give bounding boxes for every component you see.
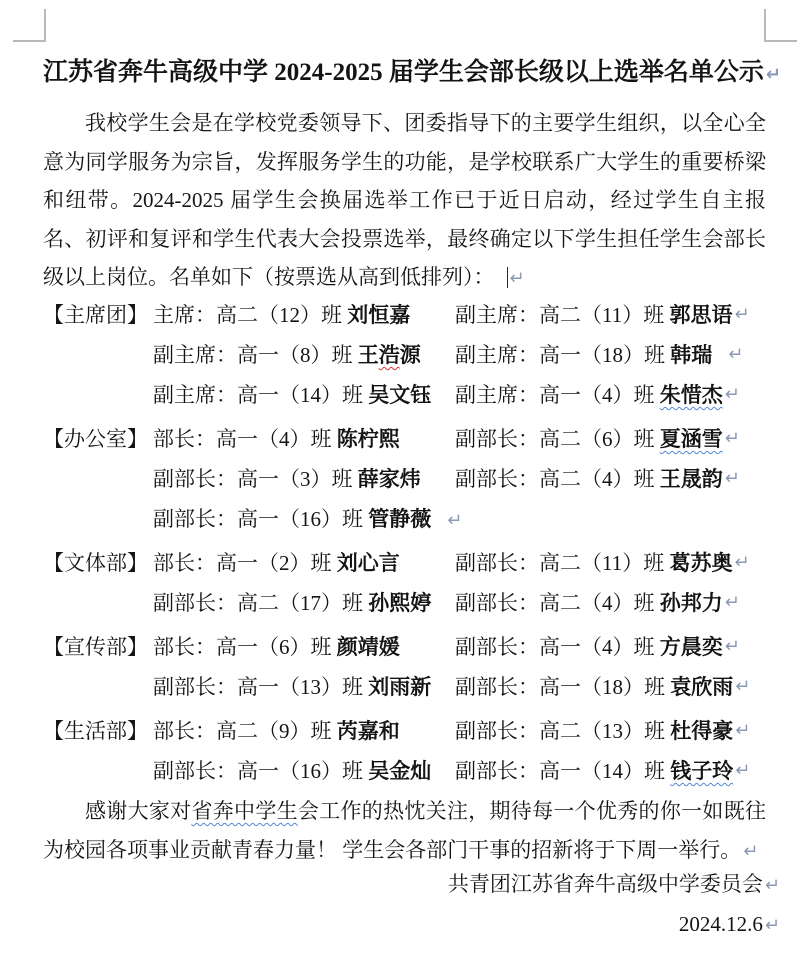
- right-entry: 副部长：高二（13）班 杜得豪: [455, 715, 733, 745]
- left-entry: 部长：高一（6）班 颜靖媛: [153, 631, 455, 661]
- right-entry: 副部长：高二（4）班 孙邦力: [455, 587, 723, 617]
- class-label: 高二（13）班: [539, 719, 670, 743]
- intro-paragraph: 我校学生会是在学校党委领导下、团委指导下的主要学生组织，以全心全意为同学服务为宗…: [43, 104, 766, 299]
- class-label: 高一（18）班: [539, 343, 670, 367]
- right-entry: 副主席：高一（4）班 朱惜杰: [455, 379, 723, 409]
- role-label: 副主席：: [455, 383, 539, 407]
- role-label: 副主席：: [455, 303, 539, 327]
- signature-line: 共青团江苏省奔牛高级中学委员会↵: [43, 868, 780, 898]
- left-entry: 副部长：高一（13）班 刘雨新: [153, 671, 455, 701]
- signature-text: 共青团江苏省奔牛高级中学委员会: [448, 872, 763, 896]
- roster-row: 副部长：高一（16）班 吴金灿 副部长：高一（14）班 钱子玲 ↵: [43, 750, 783, 790]
- left-entry: 副部长：高一（16）班 管静薇↵: [153, 503, 455, 533]
- role-label: 部长：: [153, 635, 216, 659]
- student-name: 方晨奕: [660, 635, 723, 659]
- roster-section-life: 【生活部】 部长：高二（9）班 芮嘉和 副部长：高二（13）班 杜得豪 ↵ 副部…: [43, 710, 783, 790]
- role-label: 副部长：: [153, 675, 237, 699]
- role-label: 副部长：: [455, 591, 539, 615]
- left-entry: 副部长：高二（17）班 孙熙婷: [153, 587, 455, 617]
- document-page: 江苏省奔牛高级中学 2024-2025 届学生会部长级以上选举名单公示↵ 我校学…: [0, 0, 800, 963]
- left-entry: 主席：高二（12）班 刘恒嘉: [153, 299, 455, 329]
- text-cursor: [507, 267, 508, 288]
- return-mark: ↵: [735, 760, 750, 781]
- role-label: 副部长：: [455, 427, 539, 451]
- roster-row: 副部长：高一（16）班 管静薇↵: [43, 498, 783, 538]
- role-label: 副部长：: [153, 591, 237, 615]
- role-label: 副部长：: [455, 635, 539, 659]
- text-boundary-crop-mark-top-left: [13, 9, 46, 42]
- return-mark: ↵: [743, 841, 758, 862]
- student-name: 葛苏奥: [669, 551, 732, 575]
- roster: 【主席团】 主席：高二（12）班 刘恒嘉 副主席：高二（11）班 郭思语 ↵ 副…: [43, 294, 783, 794]
- class-label: 高一（13）班: [237, 675, 368, 699]
- return-mark: ↵: [735, 720, 750, 741]
- roster-row: 【主席团】 主席：高二（12）班 刘恒嘉 副主席：高二（11）班 郭思语 ↵: [43, 294, 783, 334]
- intro-text: 我校学生会是在学校党委领导下、团委指导下的主要学生组织，以全心全意为同学服务为宗…: [43, 111, 766, 289]
- student-name: 颜靖媛: [337, 635, 400, 659]
- return-mark: ↵: [725, 384, 740, 405]
- class-label: 高一（2）班: [216, 551, 337, 575]
- class-label: 高一（4）班: [539, 635, 660, 659]
- roster-section-culture-sports: 【文体部】 部长：高一（2）班 刘心言 副部长：高二（11）班 葛苏奥 ↵ 副部…: [43, 542, 783, 622]
- student-name: 杜得豪: [670, 719, 733, 743]
- left-entry: 部长：高一（4）班 陈柠熙: [153, 423, 455, 453]
- return-mark: ↵: [765, 915, 780, 936]
- section-label: 【生活部】: [43, 715, 153, 745]
- left-entry: 部长：高二（9）班 芮嘉和: [153, 715, 455, 745]
- roster-row: 副部长：高一（13）班 刘雨新 副部长：高一（18）班 袁欣雨 ↵: [43, 666, 783, 706]
- name-part-spell-flagged: 浩: [379, 343, 400, 367]
- return-mark: ↵: [734, 304, 749, 325]
- student-name: 袁欣雨: [670, 675, 733, 699]
- role-label: 副部长：: [153, 759, 237, 783]
- roster-row: 【文体部】 部长：高一（2）班 刘心言 副部长：高二（11）班 葛苏奥 ↵: [43, 542, 783, 582]
- roster-row: 【宣传部】 部长：高一（6）班 颜靖媛 副部长：高一（4）班 方晨奕 ↵: [43, 626, 783, 666]
- return-mark: ↵: [734, 552, 749, 573]
- class-label: 高一（16）班: [237, 507, 368, 531]
- class-label: 高一（16）班: [237, 759, 368, 783]
- class-label: 高二（11）班: [539, 551, 669, 575]
- section-label: 【宣传部】: [43, 631, 153, 661]
- class-label: 高一（3）班: [237, 467, 358, 491]
- role-label: 副部长：: [455, 467, 539, 491]
- roster-row: 副主席：高一（14）班 吴文钰 副主席：高一（4）班 朱惜杰 ↵: [43, 374, 783, 414]
- class-label: 高一（18）班: [539, 675, 670, 699]
- right-entry: 副部长：高二（4）班 王晟韵: [455, 463, 723, 493]
- return-mark: ↵: [728, 344, 743, 365]
- class-label: 高一（14）班: [237, 383, 368, 407]
- class-label: 高一（4）班: [216, 427, 337, 451]
- left-entry: 副部长：高一（3）班 薛家炜: [153, 463, 455, 493]
- section-label: 【文体部】: [43, 547, 153, 577]
- student-name: 刘雨新: [368, 675, 431, 699]
- closing-text-pre: 感谢大家对: [85, 799, 191, 823]
- role-label: 副部长：: [153, 467, 237, 491]
- student-name: 刘恒嘉: [347, 303, 410, 327]
- right-entry: 副部长：高一（14）班 钱子玲: [455, 755, 733, 785]
- document-title: 江苏省奔牛高级中学 2024-2025 届学生会部长级以上选举名单公示↵: [43, 52, 766, 88]
- return-mark: ↵: [765, 875, 780, 896]
- roster-row: 【办公室】 部长：高一（4）班 陈柠熙 副部长：高二（6）班 夏涵雪 ↵: [43, 418, 783, 458]
- date-line: 2024.12.6↵: [43, 912, 780, 937]
- roster-section-publicity: 【宣传部】 部长：高一（6）班 颜靖媛 副部长：高一（4）班 方晨奕 ↵ 副部长…: [43, 626, 783, 706]
- student-name: 芮嘉和: [337, 719, 400, 743]
- role-label: 部长：: [153, 719, 216, 743]
- left-entry: 副主席：高一（8）班 王浩源: [153, 339, 455, 369]
- left-entry: 部长：高一（2）班 刘心言: [153, 547, 455, 577]
- class-label: 高二（12）班: [216, 303, 347, 327]
- role-label: 副部长：: [153, 507, 237, 531]
- role-label: 副主席：: [153, 383, 237, 407]
- closing-paragraph: 感谢大家对省奔中学生会工作的热忱关注，期待每一个优秀的你一如既往为校园各项事业贡…: [43, 792, 766, 871]
- class-label: 高二（4）班: [539, 591, 660, 615]
- roster-row: 副部长：高一（3）班 薛家炜 副部长：高二（4）班 王晟韵 ↵: [43, 458, 783, 498]
- left-entry: 副部长：高一（16）班 吴金灿: [153, 755, 455, 785]
- roster-row: 【生活部】 部长：高二（9）班 芮嘉和 副部长：高二（13）班 杜得豪 ↵: [43, 710, 783, 750]
- return-mark: ↵: [447, 510, 462, 531]
- right-entry: 副部长：高二（11）班 葛苏奥: [455, 547, 732, 577]
- student-name: 吴文钰: [368, 383, 431, 407]
- return-mark: ↵: [725, 428, 740, 449]
- return-mark: ↵: [510, 268, 525, 289]
- student-name-grammar-flagged: 钱子玲: [670, 759, 733, 783]
- role-label: 副部长：: [455, 551, 539, 575]
- role-label: 部长：: [153, 427, 216, 451]
- name-part: 源: [400, 343, 421, 367]
- class-label: 高一（8）班: [237, 343, 358, 367]
- class-label: 高二（17）班: [237, 591, 368, 615]
- role-label: 副部长：: [455, 719, 539, 743]
- return-mark: ↵: [725, 592, 740, 613]
- student-name: 陈柠熙: [337, 427, 400, 451]
- student-name: 郭思语: [669, 303, 732, 327]
- closing-text-grammar-flagged: 省奔中学生: [191, 799, 297, 823]
- class-label: 高二（4）班: [539, 467, 660, 491]
- student-name-grammar-flagged: 夏涵雪: [660, 427, 723, 451]
- right-entry: 副主席：高一（18）班 韩瑞: [455, 339, 712, 369]
- return-mark: ↵: [725, 636, 740, 657]
- return-mark: ↵: [725, 468, 740, 489]
- student-name: 王晟韵: [660, 467, 723, 491]
- role-label: 副主席：: [455, 343, 539, 367]
- student-name: 管静薇: [368, 507, 431, 531]
- text-boundary-crop-mark-top-right: [764, 9, 797, 42]
- left-entry: 副主席：高一（14）班 吴文钰: [153, 379, 455, 409]
- right-entry: 副主席：高二（11）班 郭思语: [455, 299, 732, 329]
- return-mark: ↵: [735, 676, 750, 697]
- student-name: 王浩源: [358, 343, 421, 367]
- right-entry: 副部长：高一（18）班 袁欣雨: [455, 671, 733, 701]
- class-label: 高一（4）班: [539, 383, 660, 407]
- class-label: 高一（6）班: [216, 635, 337, 659]
- roster-row: 副主席：高一（8）班 王浩源 副主席：高一（18）班 韩瑞 ↵: [43, 334, 783, 374]
- class-label: 高一（14）班: [539, 759, 670, 783]
- student-name-grammar-flagged: 朱惜杰: [660, 383, 723, 407]
- student-name: 吴金灿: [368, 759, 431, 783]
- role-label: 副部长：: [455, 675, 539, 699]
- date-text: 2024.12.6: [679, 912, 763, 936]
- student-name: 薛家炜: [358, 467, 421, 491]
- role-label: 副部长：: [455, 759, 539, 783]
- document-title-text: 江苏省奔牛高级中学 2024-2025 届学生会部长级以上选举名单公示: [43, 59, 764, 86]
- student-name: 韩瑞: [670, 343, 712, 367]
- section-label: 【办公室】: [43, 423, 153, 453]
- role-label: 部长：: [153, 551, 216, 575]
- section-label: 【主席团】: [43, 299, 153, 329]
- return-mark: ↵: [766, 64, 781, 85]
- roster-row: 副部长：高二（17）班 孙熙婷 副部长：高二（4）班 孙邦力 ↵: [43, 582, 783, 622]
- student-name: 孙熙婷: [368, 591, 431, 615]
- name-part: 王: [358, 343, 379, 367]
- role-label: 副主席：: [153, 343, 237, 367]
- role-label: 主席：: [153, 303, 216, 327]
- class-label: 高二（11）班: [539, 303, 669, 327]
- right-entry: 副部长：高二（6）班 夏涵雪: [455, 423, 723, 453]
- roster-section-office: 【办公室】 部长：高一（4）班 陈柠熙 副部长：高二（6）班 夏涵雪 ↵ 副部长…: [43, 418, 783, 538]
- student-name: 刘心言: [337, 551, 400, 575]
- right-entry: 副部长：高一（4）班 方晨奕: [455, 631, 723, 661]
- class-label: 高二（9）班: [216, 719, 337, 743]
- roster-section-presidium: 【主席团】 主席：高二（12）班 刘恒嘉 副主席：高二（11）班 郭思语 ↵ 副…: [43, 294, 783, 414]
- class-label: 高二（6）班: [539, 427, 660, 451]
- student-name: 孙邦力: [660, 591, 723, 615]
